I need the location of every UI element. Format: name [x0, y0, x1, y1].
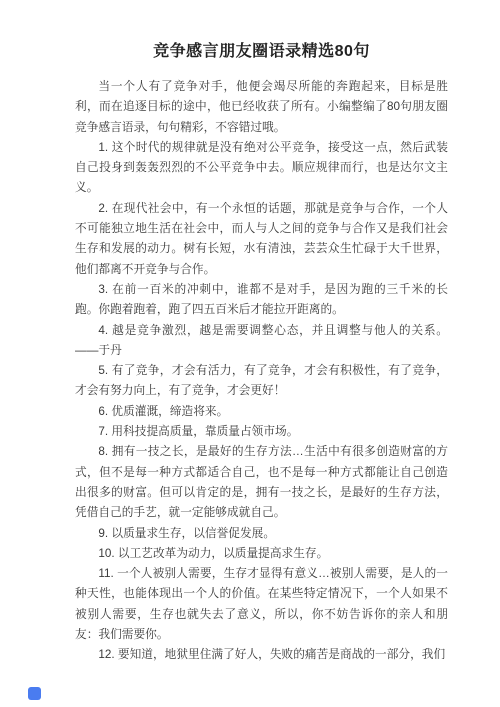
quote-paragraph-12: 12. 要知道，地狱里住满了好人，失败的痛苦是商战的一部分，我们: [75, 645, 448, 665]
document-page: 竞争感言朋友圈语录精选80句 当一个人有了竞争对手，他便会竭尽所能的奔跑起来，目…: [0, 0, 500, 666]
quote-paragraph-5: 5. 有了竞争，才会有活力，有了竞争，才会有积极性，有了竞争，才会有努力向上，有…: [75, 361, 448, 402]
quote-paragraph-4: 4. 越是竞争激烈，越是需要调整心态，并且调整与他人的关系。——于丹: [75, 321, 448, 362]
quote-paragraph-9: 9. 以质量求生存，以信誉促发展。: [75, 524, 448, 544]
quote-paragraph-6: 6. 优质灌溉，缔造将来。: [75, 402, 448, 422]
quote-paragraph-10: 10. 以工艺改革为动力，以质量提高求生存。: [75, 544, 448, 564]
quote-paragraph-11: 11. 一个人被别人需要，生存才显得有意义…被别人需要，是人的一种天性，也能体现…: [75, 564, 448, 645]
quote-paragraph-3: 3. 在前一百米的冲刺中，谁都不是对手，是因为跑的三千米的长跑。你跑着跑着，跑了…: [75, 280, 448, 321]
quote-paragraph-2: 2. 在现代社会中，有一个永恒的话题，那就是竞争与合作，一个人不可能独立地生活在…: [75, 199, 448, 280]
quote-paragraph-1: 1. 这个时代的规律就是没有绝对公平竞争，接受这一点，然后武装自己投身到轰轰烈烈…: [75, 138, 448, 199]
page-title: 竞争感言朋友圈语录精选80句: [75, 40, 448, 64]
quote-paragraph-8: 8. 拥有一技之长，是最好的生存方法…生活中有很多创造财富的方式，但不是每一种方…: [75, 442, 448, 523]
quote-paragraph-7: 7. 用科技提高质量，靠质量占领市场。: [75, 422, 448, 442]
word-doc-icon[interactable]: [28, 687, 41, 700]
intro-paragraph: 当一个人有了竞争对手，他便会竭尽所能的奔跑起来，目标是胜利，而在追逐目标的途中，…: [75, 77, 448, 138]
